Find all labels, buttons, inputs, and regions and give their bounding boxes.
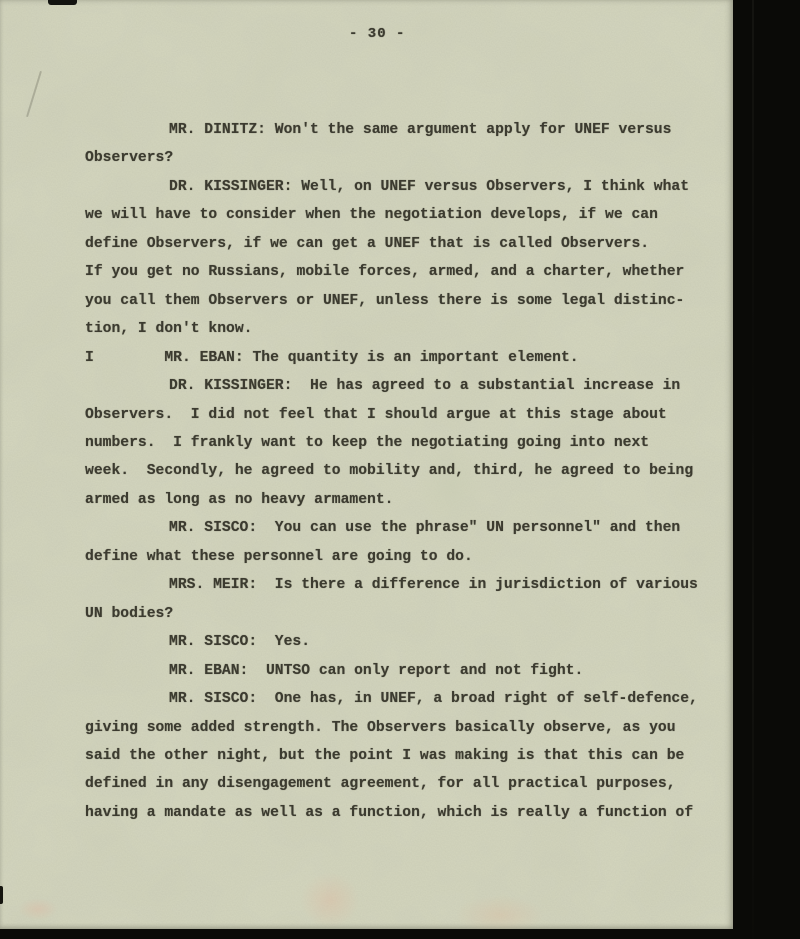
text-line: MRS. MEIR: Is there a difference in juri… — [85, 571, 725, 599]
text-line: numbers. I frankly want to keep the nego… — [85, 429, 725, 457]
page-number: - 30 - — [349, 26, 405, 42]
text-line: MR. DINITZ: Won't the same argument appl… — [85, 116, 725, 144]
text-line: UN bodies? — [85, 600, 725, 628]
document-page: - 30 - MR. DINITZ: Won't the same argume… — [0, 0, 733, 929]
text-line: If you get no Russians, mobile forces, a… — [85, 258, 725, 286]
transcript-text: MR. DINITZ: Won't the same argument appl… — [85, 116, 725, 827]
text-line: define what these personnel are going to… — [85, 543, 725, 571]
scanner-backing: - 30 - MR. DINITZ: Won't the same argume… — [0, 0, 800, 939]
text-line: you call them Observers or UNEF, unless … — [85, 287, 725, 315]
text-line: DR. KISSINGER: He has agreed to a substa… — [85, 372, 725, 400]
text-line: giving some added strength. The Observer… — [85, 714, 725, 742]
text-line: MR. SISCO: You can use the phrase" UN pe… — [85, 514, 725, 542]
text-line: Observers? — [85, 144, 725, 172]
scan-smudge — [300, 872, 360, 928]
text-line: MR. SISCO: One has, in UNEF, a broad rig… — [85, 685, 725, 713]
text-line: week. Secondly, he agreed to mobility an… — [85, 457, 725, 485]
scan-artifact-top-dash — [48, 0, 77, 5]
text-line: said the other night, but the point I wa… — [85, 742, 725, 770]
scan-smudge — [455, 895, 545, 929]
text-line: define Observers, if we can get a UNEF t… — [85, 230, 725, 258]
text-line: we will have to consider when the negoti… — [85, 201, 725, 229]
scan-artifact-pencil-line — [26, 71, 42, 117]
text-line: armed as long as no heavy armament. — [85, 486, 725, 514]
text-line: defined in any disengagement agreement, … — [85, 770, 725, 798]
text-line: MR. EBAN: UNTSO can only report and not … — [85, 657, 725, 685]
text-line: I MR. EBAN: The quantity is an important… — [85, 344, 725, 372]
text-line: DR. KISSINGER: Well, on UNEF versus Obse… — [85, 173, 725, 201]
scan-smudge — [18, 898, 58, 920]
text-line: Observers. I did not feel that I should … — [85, 401, 725, 429]
text-line: having a mandate as well as a function, … — [85, 799, 725, 827]
scan-artifact-left-mark — [0, 886, 3, 904]
screenshot-root: { "page": { "number_label": "- 30 -" }, … — [0, 0, 800, 939]
scanner-backing-streak — [752, 0, 754, 939]
text-line: tion, I don't know. — [85, 315, 725, 343]
text-line: MR. SISCO: Yes. — [85, 628, 725, 656]
